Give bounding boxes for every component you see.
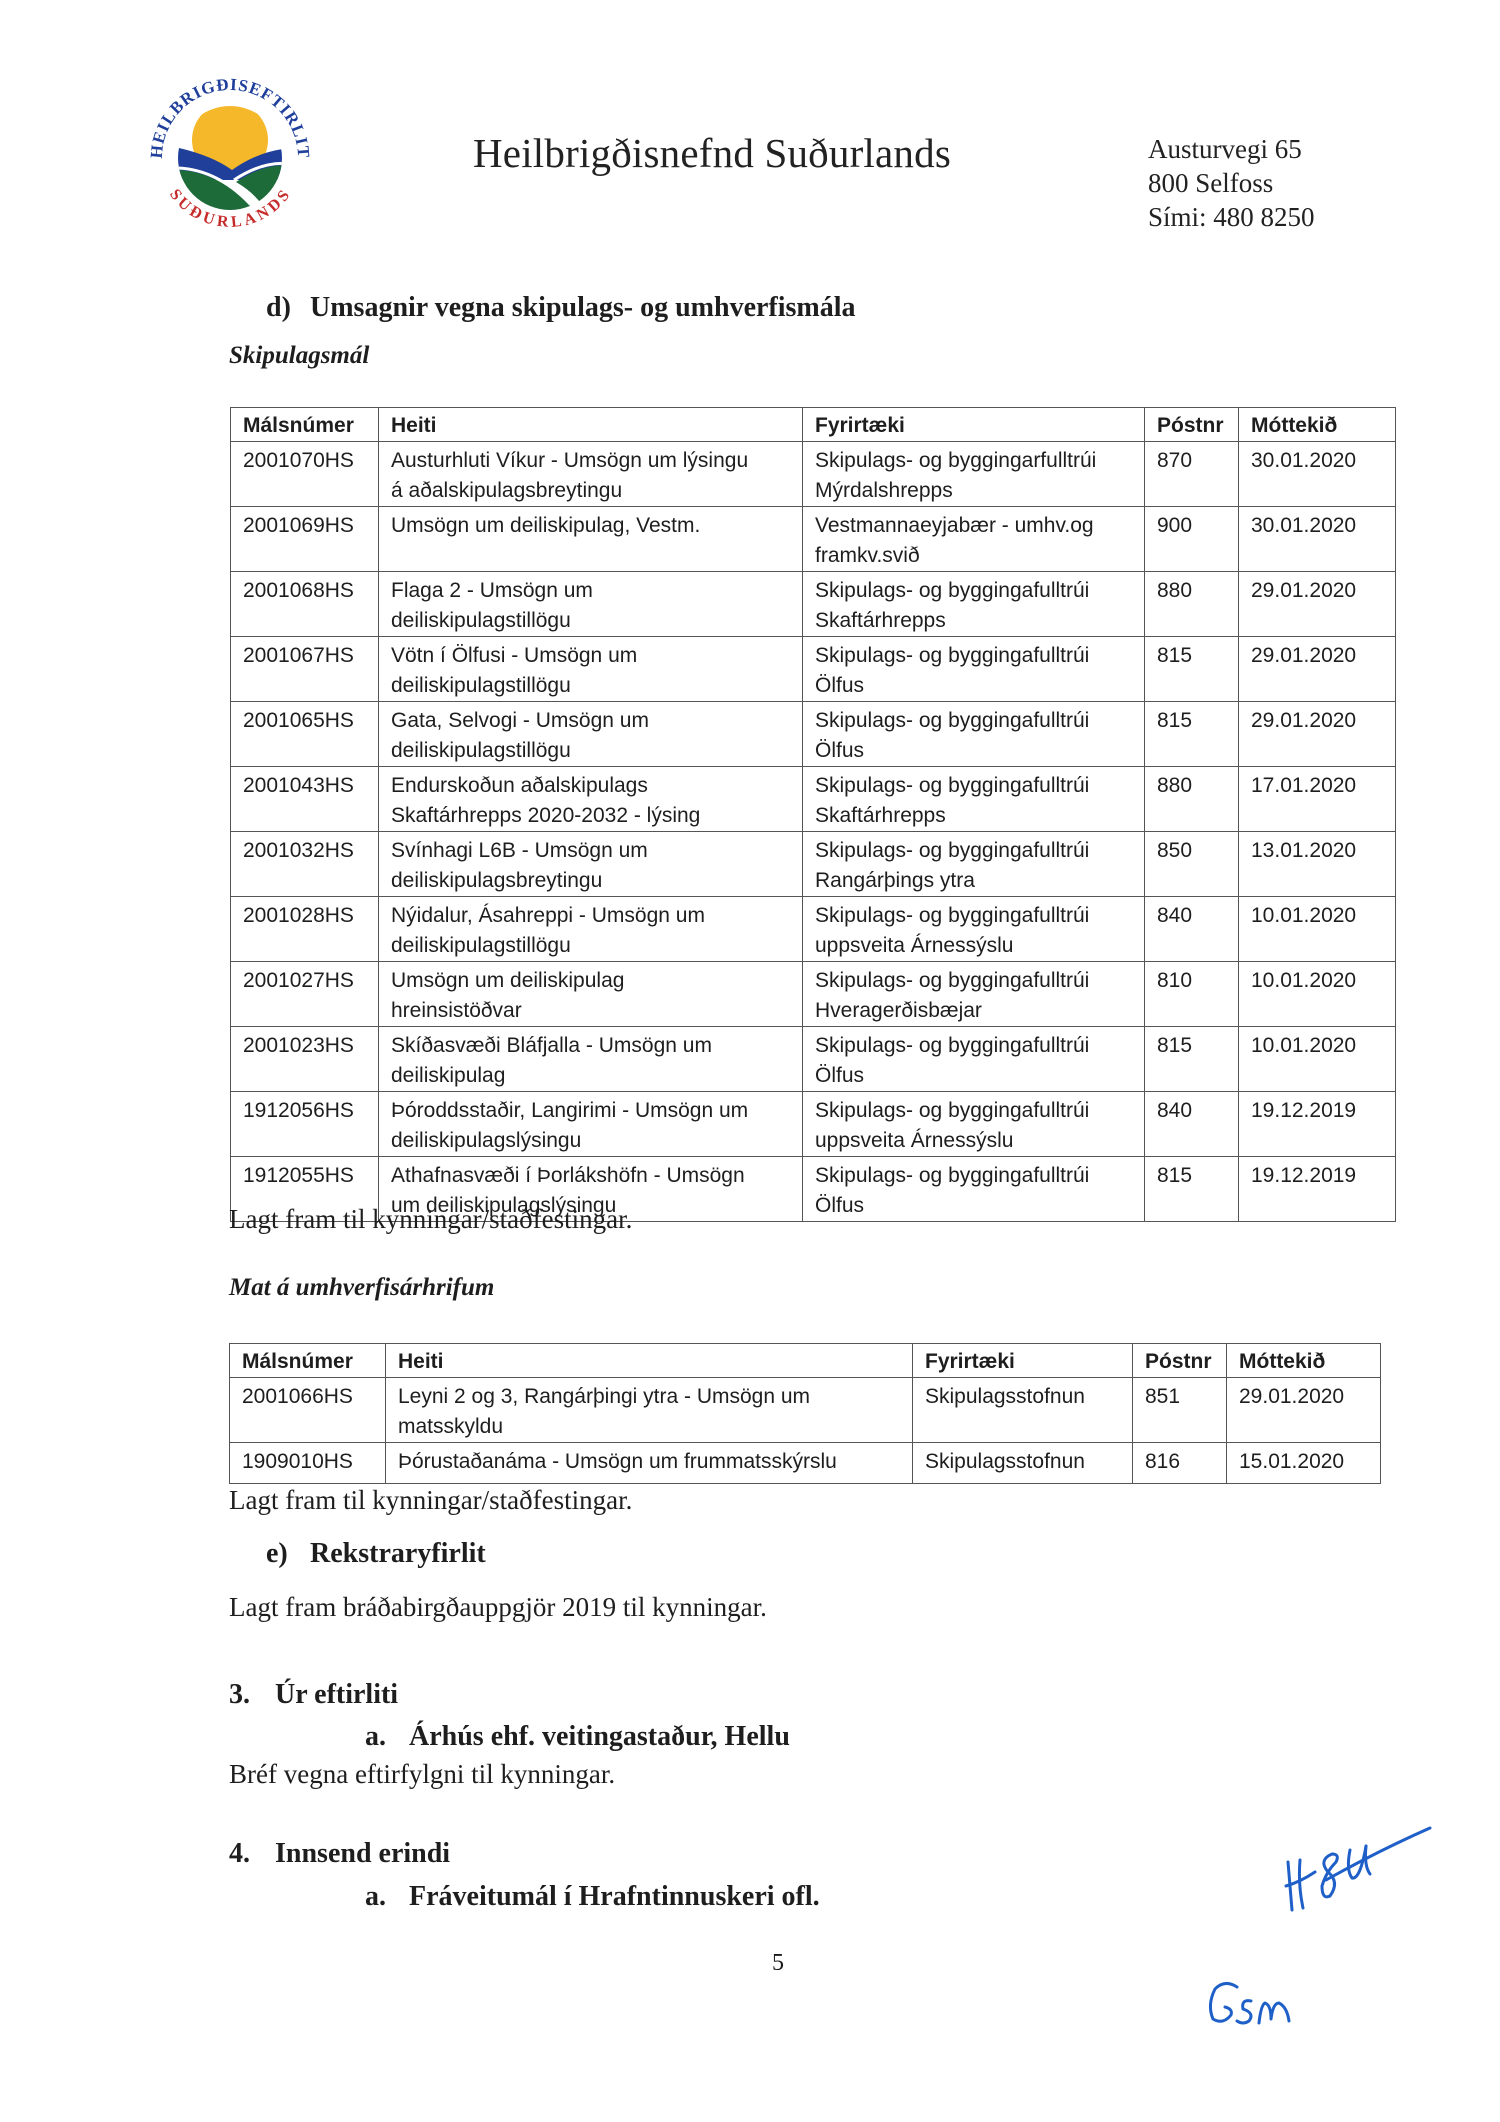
title-line: Gata, Selvogi - Umsögn um <box>391 706 792 736</box>
table-row: 2001070HSAusturhluti Víkur - Umsögn um l… <box>231 442 1396 507</box>
company-line: Skipulagsstofnun <box>925 1382 1122 1412</box>
company-line: Vestmannaeyjabær - umhv.og <box>815 511 1134 541</box>
skipulagsmal-subheading: Skipulagsmál <box>229 341 369 371</box>
section-4-title: Innsend erindi <box>275 1838 450 1869</box>
company-line: Skipulags- og byggingafulltrúi <box>815 836 1134 866</box>
company-line: Skipulags- og byggingafulltrúi <box>815 966 1134 996</box>
table-row: 2001027HSUmsögn um deiliskipulaghreinsis… <box>231 962 1396 1027</box>
title-cell: Leyni 2 og 3, Rangárþingi ytra - Umsögn … <box>386 1378 913 1443</box>
company-line: Rangárþings ytra <box>815 866 1134 896</box>
section-3-heading: 3.Úr eftirliti <box>229 1678 398 1712</box>
case-number-cell: 2001023HS <box>231 1027 379 1092</box>
title-line: Umsögn um deiliskipulag <box>391 966 792 996</box>
title-line: á aðalskipulagsbreytingu <box>391 476 792 506</box>
postcode-cell: 815 <box>1145 637 1239 702</box>
title-line: Flaga 2 - Umsögn um <box>391 576 792 606</box>
received-date-cell: 10.01.2020 <box>1239 962 1396 1027</box>
received-date-cell: 29.01.2020 <box>1239 702 1396 767</box>
table-row: 1912056HSÞóroddsstaðir, Langirimi - Umsö… <box>231 1092 1396 1157</box>
title-line: deiliskipulagstillögu <box>391 736 792 766</box>
skipulagsmal-note: Lagt fram til kynningar/staðfestingar. <box>229 1203 632 1235</box>
case-number-cell: 2001043HS <box>231 767 379 832</box>
title-line: Leyni 2 og 3, Rangárþingi ytra - Umsögn … <box>398 1382 902 1412</box>
title-line: Umsögn um deiliskipulag, Vestm. <box>391 511 792 541</box>
company-cell: Skipulags- og byggingafulltrúiÖlfus <box>803 702 1145 767</box>
title-cell: Endurskoðun aðalskipulagsSkaftárhrepps 2… <box>379 767 803 832</box>
title-line: Þóroddsstaðir, Langirimi - Umsögn um <box>391 1096 792 1126</box>
table-row: 2001068HSFlaga 2 - Umsögn umdeiliskipula… <box>231 572 1396 637</box>
address-street: Austurvegi 65 <box>1148 132 1315 166</box>
column-header: Fyrirtæki <box>803 408 1145 442</box>
section-e-text: Lagt fram bráðabirgðauppgjör 2019 til ky… <box>229 1591 767 1623</box>
section-4-item-marker: a. <box>365 1880 409 1914</box>
company-line: Skipulags- og byggingarfulltrúi <box>815 446 1134 476</box>
case-number-cell: 2001070HS <box>231 442 379 507</box>
title-cell: Austurhluti Víkur - Umsögn um lýsinguá a… <box>379 442 803 507</box>
skipulagsmal-table: MálsnúmerHeitiFyrirtækiPóstnrMóttekið 20… <box>230 407 1396 1222</box>
case-number-cell: 2001032HS <box>231 832 379 897</box>
case-number-cell: 2001069HS <box>231 507 379 572</box>
title-cell: Þórustaðanáma - Umsögn um frummatsskýrsl… <box>386 1443 913 1484</box>
company-line: Skipulags- og byggingafulltrúi <box>815 1031 1134 1061</box>
column-header: Heiti <box>379 408 803 442</box>
title-line: hreinsistöðvar <box>391 996 792 1026</box>
company-line: Hveragerðisbæjar <box>815 996 1134 1026</box>
signature-initials-1-icon <box>1270 1810 1440 1920</box>
title-line: Austurhluti Víkur - Umsögn um lýsingu <box>391 446 792 476</box>
table-header-row: MálsnúmerHeitiFyrirtækiPóstnrMóttekið <box>231 408 1396 442</box>
company-line: Skipulags- og byggingafulltrúi <box>815 771 1134 801</box>
title-line: deiliskipulagstillögu <box>391 671 792 701</box>
case-number-cell: 1909010HS <box>230 1443 386 1484</box>
section-4-item-heading: a.Fráveitumál í Hrafntinnuskeri ofl. <box>365 1880 820 1914</box>
company-cell: Skipulags- og byggingafulltrúiuppsveita … <box>803 897 1145 962</box>
column-header: Fyrirtæki <box>913 1344 1133 1378</box>
column-header: Móttekið <box>1227 1344 1381 1378</box>
table-row: 2001043HSEndurskoðun aðalskipulagsSkaftá… <box>231 767 1396 832</box>
received-date-cell: 10.01.2020 <box>1239 1027 1396 1092</box>
title-cell: Flaga 2 - Umsögn umdeiliskipulagstillögu <box>379 572 803 637</box>
section-d-title: Umsagnir vegna skipulags- og umhverfismá… <box>310 292 856 323</box>
postcode-cell: 900 <box>1145 507 1239 572</box>
company-line: Skaftárhrepps <box>815 801 1134 831</box>
skipulagsmal-table-body: 2001070HSAusturhluti Víkur - Umsögn um l… <box>231 442 1396 1222</box>
title-line: deiliskipulagstillögu <box>391 606 792 636</box>
company-cell: Skipulags- og byggingafulltrúiÖlfus <box>803 637 1145 702</box>
postcode-cell: 816 <box>1133 1443 1227 1484</box>
column-header: Málsnúmer <box>231 408 379 442</box>
postcode-cell: 815 <box>1145 702 1239 767</box>
company-cell: Vestmannaeyjabær - umhv.ogframkv.svið <box>803 507 1145 572</box>
received-date-cell: 30.01.2020 <box>1239 507 1396 572</box>
company-cell: Skipulags- og byggingafulltrúiÖlfus <box>803 1157 1145 1222</box>
title-line: Skaftárhrepps 2020-2032 - lýsing <box>391 801 792 831</box>
company-cell: Skipulags- og byggingafulltrúiHveragerði… <box>803 962 1145 1027</box>
section-4-marker: 4. <box>229 1837 275 1871</box>
postcode-cell: 851 <box>1133 1378 1227 1443</box>
case-number-cell: 1912056HS <box>231 1092 379 1157</box>
company-line: Ölfus <box>815 1191 1134 1221</box>
table-row: 2001069HSUmsögn um deiliskipulag, Vestm.… <box>231 507 1396 572</box>
section-d-heading: d)Umsagnir vegna skipulags- og umhverfis… <box>266 291 856 325</box>
company-cell: Skipulagsstofnun <box>913 1443 1133 1484</box>
received-date-cell: 30.01.2020 <box>1239 442 1396 507</box>
section-e-marker: e) <box>266 1537 310 1571</box>
section-3-text: Bréf vegna eftirfylgni til kynningar. <box>229 1758 615 1790</box>
title-line: Vötn í Ölfusi - Umsögn um <box>391 641 792 671</box>
company-cell: Skipulags- og byggingafulltrúiSkaftárhre… <box>803 767 1145 832</box>
title-cell: Þóroddsstaðir, Langirimi - Umsögn umdeil… <box>379 1092 803 1157</box>
case-number-cell: 2001027HS <box>231 962 379 1027</box>
received-date-cell: 29.01.2020 <box>1239 572 1396 637</box>
address-phone: Sími: 480 8250 <box>1148 200 1315 234</box>
received-date-cell: 29.01.2020 <box>1239 637 1396 702</box>
postcode-cell: 880 <box>1145 767 1239 832</box>
case-number-cell: 2001065HS <box>231 702 379 767</box>
table-row: 2001023HSSkíðasvæði Bláfjalla - Umsögn u… <box>231 1027 1396 1092</box>
company-line: Skaftárhrepps <box>815 606 1134 636</box>
company-cell: Skipulags- og byggingafulltrúiRangárþing… <box>803 832 1145 897</box>
title-line: Nýidalur, Ásahreppi - Umsögn um <box>391 901 792 931</box>
postcode-cell: 880 <box>1145 572 1239 637</box>
table-row: 2001066HSLeyni 2 og 3, Rangárþingi ytra … <box>230 1378 1381 1443</box>
company-line: Skipulags- og byggingafulltrúi <box>815 576 1134 606</box>
section-3-item-title: Árhús ehf. veitingastaður, Hellu <box>409 1721 790 1752</box>
postcode-cell: 840 <box>1145 1092 1239 1157</box>
postcode-cell: 870 <box>1145 442 1239 507</box>
section-e-heading: e)Rekstraryfirlit <box>266 1537 486 1571</box>
company-line: Ölfus <box>815 1061 1134 1091</box>
title-line: deiliskipulagsbreytingu <box>391 866 792 896</box>
company-line: framkv.svið <box>815 541 1134 571</box>
table-row: 2001032HSSvínhagi L6B - Umsögn umdeilisk… <box>231 832 1396 897</box>
company-cell: Skipulags- og byggingafulltrúiSkaftárhre… <box>803 572 1145 637</box>
column-header: Móttekið <box>1239 408 1396 442</box>
postcode-cell: 815 <box>1145 1157 1239 1222</box>
received-date-cell: 10.01.2020 <box>1239 897 1396 962</box>
health-inspection-logo-icon: HEILBRIGÐISEFTIRLIT SUÐURLANDS <box>140 58 320 243</box>
company-line: Skipulags- og byggingafulltrúi <box>815 1161 1134 1191</box>
organization-address: Austurvegi 65 800 Selfoss Sími: 480 8250 <box>1148 132 1315 234</box>
postcode-cell: 815 <box>1145 1027 1239 1092</box>
column-header: Póstnr <box>1133 1344 1227 1378</box>
postcode-cell: 840 <box>1145 897 1239 962</box>
organization-logo: HEILBRIGÐISEFTIRLIT SUÐURLANDS <box>140 58 320 243</box>
case-number-cell: 2001068HS <box>231 572 379 637</box>
received-date-cell: 29.01.2020 <box>1227 1378 1381 1443</box>
company-line: Skipulags- og byggingafulltrúi <box>815 1096 1134 1126</box>
company-cell: Skipulags- og byggingafulltrúiuppsveita … <box>803 1092 1145 1157</box>
mat-table: MálsnúmerHeitiFyrirtækiPóstnrMóttekið 20… <box>229 1343 1381 1484</box>
received-date-cell: 15.01.2020 <box>1227 1443 1381 1484</box>
title-line: Athafnasvæði í Þorlákshöfn - Umsögn <box>391 1161 792 1191</box>
signature-initials-2-icon <box>1205 1975 1315 2035</box>
organization-name: Heilbrigðisnefnd Suðurlands <box>473 128 951 178</box>
received-date-cell: 17.01.2020 <box>1239 767 1396 832</box>
company-line: uppsveita Árnessýslu <box>815 931 1134 961</box>
postcode-cell: 850 <box>1145 832 1239 897</box>
company-line: Skipulags- og byggingafulltrúi <box>815 706 1134 736</box>
received-date-cell: 19.12.2019 <box>1239 1092 1396 1157</box>
company-line: Mýrdalshrepps <box>815 476 1134 506</box>
title-line: Svínhagi L6B - Umsögn um <box>391 836 792 866</box>
title-line: deiliskipulag <box>391 1061 792 1091</box>
company-line: uppsveita Árnessýslu <box>815 1126 1134 1156</box>
table-row: 2001067HSVötn í Ölfusi - Umsögn umdeilis… <box>231 637 1396 702</box>
title-cell: Umsögn um deiliskipulaghreinsistöðvar <box>379 962 803 1027</box>
column-header: Málsnúmer <box>230 1344 386 1378</box>
section-3-item-heading: a.Árhús ehf. veitingastaður, Hellu <box>365 1720 790 1754</box>
received-date-cell: 19.12.2019 <box>1239 1157 1396 1222</box>
mat-table-body: 2001066HSLeyni 2 og 3, Rangárþingi ytra … <box>230 1378 1381 1484</box>
received-date-cell: 13.01.2020 <box>1239 832 1396 897</box>
page-number: 5 <box>772 1950 784 1977</box>
company-line: Skipulags- og byggingafulltrúi <box>815 641 1134 671</box>
title-cell: Svínhagi L6B - Umsögn umdeiliskipulagsbr… <box>379 832 803 897</box>
column-header: Póstnr <box>1145 408 1239 442</box>
case-number-cell: 2001066HS <box>230 1378 386 1443</box>
postcode-cell: 810 <box>1145 962 1239 1027</box>
company-line: Ölfus <box>815 671 1134 701</box>
section-3-marker: 3. <box>229 1678 275 1712</box>
section-d-marker: d) <box>266 291 310 325</box>
title-cell: Skíðasvæði Bláfjalla - Umsögn umdeiliski… <box>379 1027 803 1092</box>
title-cell: Vötn í Ölfusi - Umsögn umdeiliskipulagst… <box>379 637 803 702</box>
section-4-item-title: Fráveitumál í Hrafntinnuskeri ofl. <box>409 1881 820 1912</box>
table-row: 2001065HSGata, Selvogi - Umsögn umdeilis… <box>231 702 1396 767</box>
column-header: Heiti <box>386 1344 913 1378</box>
address-city: 800 Selfoss <box>1148 166 1315 200</box>
section-4-heading: 4.Innsend erindi <box>229 1837 450 1871</box>
mat-subheading: Mat á umhverfisárhrifum <box>229 1273 494 1303</box>
title-cell: Umsögn um deiliskipulag, Vestm. <box>379 507 803 572</box>
title-cell: Nýidalur, Ásahreppi - Umsögn umdeiliskip… <box>379 897 803 962</box>
title-line: Þórustaðanáma - Umsögn um frummatsskýrsl… <box>398 1447 902 1477</box>
title-cell: Gata, Selvogi - Umsögn umdeiliskipulagst… <box>379 702 803 767</box>
case-number-cell: 2001028HS <box>231 897 379 962</box>
section-3-item-marker: a. <box>365 1720 409 1754</box>
title-line: deiliskipulagstillögu <box>391 931 792 961</box>
section-3-title: Úr eftirliti <box>275 1679 398 1710</box>
table-row: 1909010HSÞórustaðanáma - Umsögn um frumm… <box>230 1443 1381 1484</box>
title-line: Endurskoðun aðalskipulags <box>391 771 792 801</box>
table-header-row: MálsnúmerHeitiFyrirtækiPóstnrMóttekið <box>230 1344 1381 1378</box>
mat-note: Lagt fram til kynningar/staðfestingar. <box>229 1484 632 1516</box>
company-line: Ölfus <box>815 736 1134 766</box>
company-cell: Skipulags- og byggingarfulltrúiMýrdalshr… <box>803 442 1145 507</box>
company-line: Skipulagsstofnun <box>925 1447 1122 1477</box>
section-e-title: Rekstraryfirlit <box>310 1538 486 1569</box>
company-line: Skipulags- og byggingafulltrúi <box>815 901 1134 931</box>
case-number-cell: 2001067HS <box>231 637 379 702</box>
company-cell: Skipulagsstofnun <box>913 1378 1133 1443</box>
company-cell: Skipulags- og byggingafulltrúiÖlfus <box>803 1027 1145 1092</box>
title-line: deiliskipulagslýsingu <box>391 1126 792 1156</box>
table-row: 2001028HSNýidalur, Ásahreppi - Umsögn um… <box>231 897 1396 962</box>
title-line: matsskyldu <box>398 1412 902 1442</box>
title-line: Skíðasvæði Bláfjalla - Umsögn um <box>391 1031 792 1061</box>
